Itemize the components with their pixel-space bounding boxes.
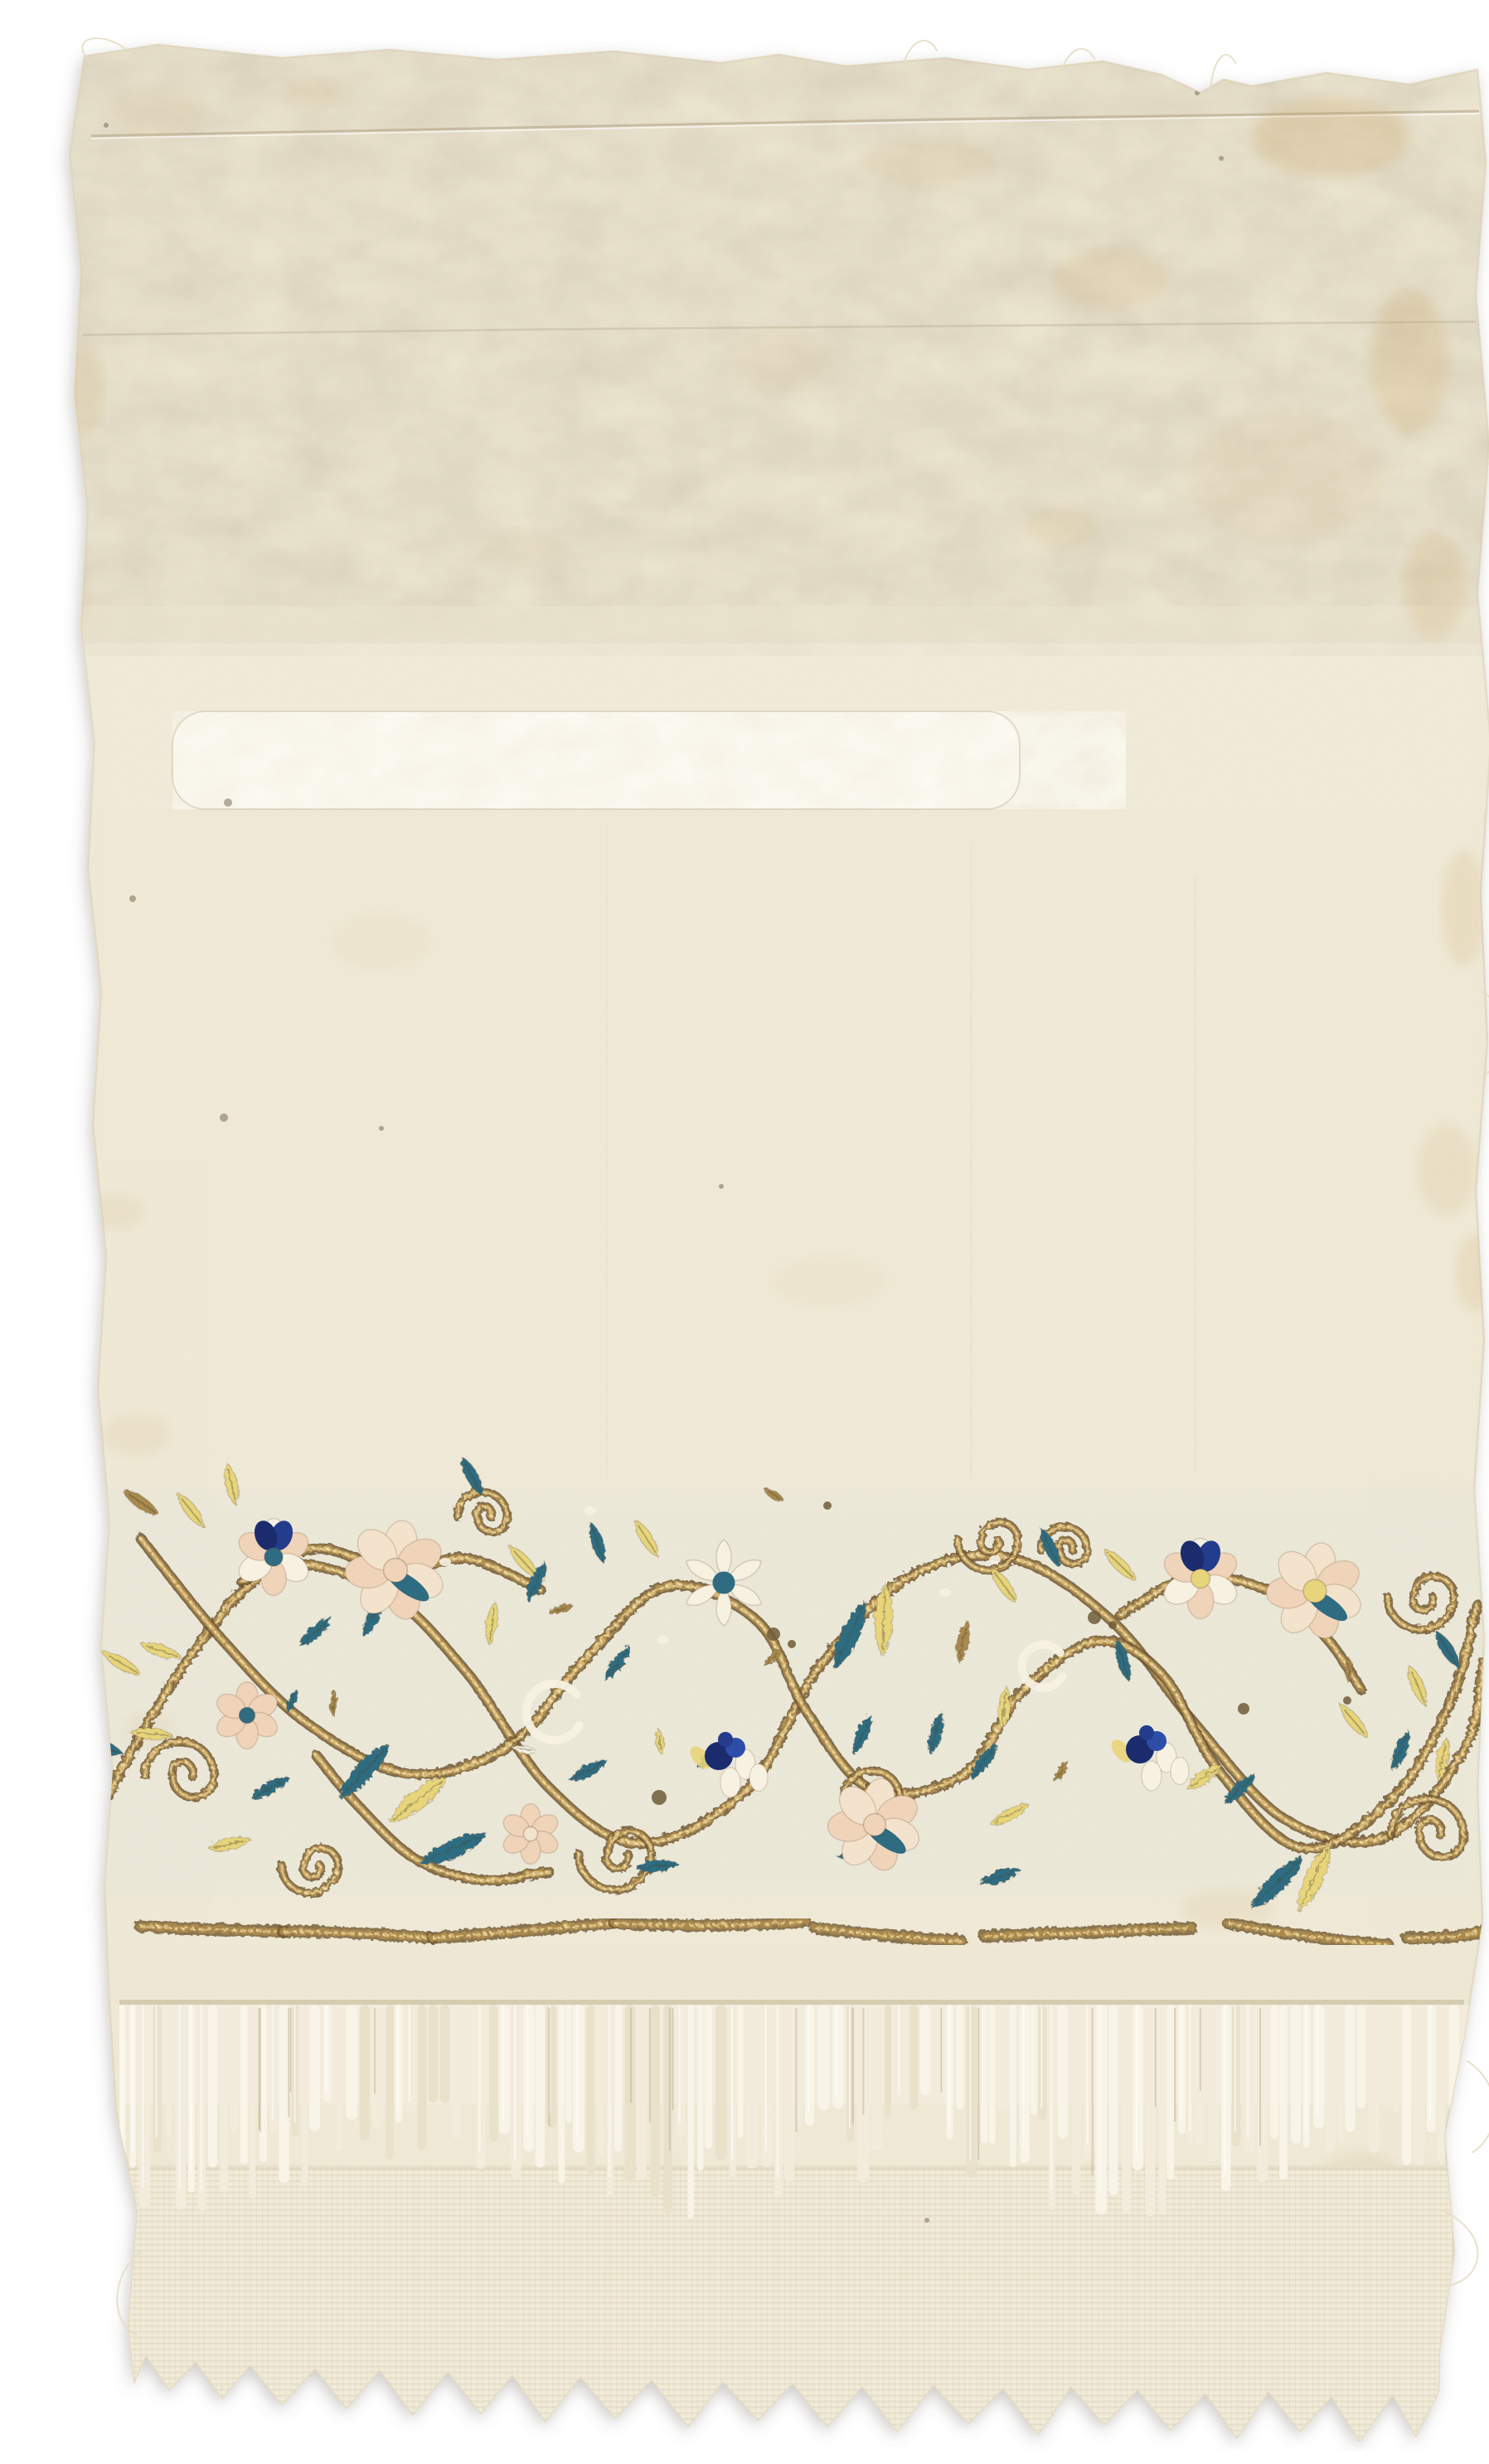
fringe-strand-highlight (849, 2005, 851, 2128)
fringe-strand-highlight (576, 2005, 578, 2138)
fringe-strand-highlight (479, 2005, 481, 2153)
speck (224, 798, 232, 807)
speck (1219, 156, 1224, 161)
fringe-strand-highlight (1247, 2005, 1249, 2138)
fringe-strand (738, 2005, 744, 2138)
speck (104, 123, 109, 128)
fringe-strand (1122, 2005, 1131, 2213)
fringe-strand-highlight (179, 2005, 181, 2189)
speck (719, 1184, 724, 1189)
fringe-strand (688, 2005, 694, 2219)
stain (332, 913, 431, 971)
fringe-strand (489, 2005, 497, 2141)
fringe-strand-highlight (132, 2005, 133, 2151)
fringe-strand-highlight (526, 2005, 528, 2137)
fringe-strand-highlight (201, 2005, 202, 2190)
flower-center (712, 1571, 735, 1593)
fringe-strand (1095, 2005, 1107, 2214)
fringe-strand (1414, 2005, 1424, 2166)
stain (479, 530, 565, 566)
fringe-strand (1326, 2005, 1336, 2152)
pompon-white-petal (1142, 1761, 1162, 1791)
fringe-strand (250, 2005, 256, 2199)
fringe-strand (302, 2005, 308, 2186)
fringe-strand (1291, 2005, 1301, 2144)
fold-streak (1194, 875, 1196, 1472)
fringe-strand (998, 2005, 1008, 2112)
fringe-strand-highlight (1087, 2005, 1089, 2145)
fringe-strand (536, 2005, 545, 2167)
fold-streak (970, 842, 972, 1481)
fringe-strand (1145, 2005, 1155, 2216)
fringe-strand (1257, 2005, 1268, 2182)
fringe-strand (832, 2005, 843, 2108)
flower-center (239, 1707, 255, 1723)
flower-center (264, 1548, 283, 1566)
stain (1371, 289, 1448, 434)
pile-band-texture (172, 711, 1126, 809)
flower-center (523, 1826, 537, 1841)
fringe-strand (417, 2005, 426, 2150)
fabric-surface (33, 13, 1489, 2451)
flower-center (384, 1559, 408, 1583)
white-dab (584, 1506, 596, 1515)
speck (924, 2218, 929, 2223)
fringe-strand (499, 2005, 510, 2134)
fringe-strand-highlight (1023, 2005, 1025, 2147)
fringe-strand-highlight (1234, 2005, 1236, 2132)
fringe-strand (956, 2005, 963, 2109)
fringe-strand-highlight (1136, 2005, 1137, 2154)
fringe-strand-highlight (409, 2005, 410, 2102)
stain (108, 88, 207, 138)
fringe-strand (1383, 2005, 1390, 2106)
flower-center (864, 1814, 886, 1836)
fringe-strand (1345, 2005, 1355, 2132)
fringe-strand (1357, 2005, 1365, 2108)
fringe-strand (463, 2005, 475, 2103)
fringe-strand-highlight (1224, 2005, 1225, 2173)
fringe-strand (920, 2005, 930, 2095)
stain (1442, 851, 1485, 967)
fringe-strand (1133, 2005, 1143, 2171)
brown-dot (1343, 1696, 1351, 1705)
fringe-strand (139, 2005, 150, 2207)
fringe-strand (784, 2005, 794, 2181)
fringe-strand (1427, 2005, 1436, 2132)
fringe-strand (1108, 2005, 1118, 2195)
stain (862, 138, 995, 187)
fringe-strand (1020, 2005, 1030, 2163)
fringe-strand-highlight (190, 2005, 192, 2174)
fringe-strand (1270, 2005, 1278, 2139)
fringe-strand (989, 2005, 996, 2144)
fringe-strand (1437, 2005, 1445, 2161)
fringe-strand (1369, 2005, 1380, 2153)
fringe-strand-highlight (143, 2005, 144, 2187)
fringe-strand (512, 2005, 521, 2178)
fringe-strand-highlight (397, 2005, 399, 2110)
stain (1404, 532, 1464, 638)
stain (1186, 411, 1385, 544)
fringe-strand-highlight (1099, 2005, 1100, 2194)
stain (1026, 506, 1096, 549)
fringe-strand (981, 2005, 987, 2143)
fringe-strand-highlight (1305, 2005, 1307, 2134)
fringe-strand (715, 2005, 726, 2161)
flower-center (1303, 1579, 1327, 1603)
stain (730, 328, 829, 395)
speck (129, 895, 136, 902)
pompon-white-petal (1171, 1758, 1189, 1785)
stain (102, 1414, 172, 1457)
speck (379, 1126, 384, 1131)
pompon-white-petal (720, 1768, 740, 1797)
brown-dot (788, 1640, 796, 1648)
fringe-strand (885, 2005, 891, 2117)
fringe-strand (1057, 2005, 1068, 2139)
fringe-strand (1072, 2005, 1080, 2195)
textile-photograph (33, 13, 1489, 2451)
fringe-strand (966, 2005, 977, 2178)
fringe-strand-highlight (1050, 2005, 1052, 2190)
fringe-strand (1010, 2005, 1016, 2167)
fringe-strand (220, 2005, 227, 2193)
fringe-strand-highlight (502, 2005, 504, 2122)
stain (1053, 249, 1169, 308)
fringe-strand (573, 2005, 584, 2152)
brown-dot (652, 1790, 667, 1805)
fringe-strand (208, 2005, 217, 2167)
fringe-strand-highlight (1429, 2005, 1431, 2120)
fringe-strand (1159, 2005, 1166, 2214)
fringe-strand (774, 2005, 783, 2198)
pompon-navy-small (1139, 1725, 1154, 1740)
fringe-strand-highlight (808, 2005, 809, 2113)
speck (220, 1113, 228, 1122)
fringe-strand (614, 2005, 622, 2151)
fringe-strand (650, 2005, 659, 2197)
fringe-strand (240, 2005, 248, 2164)
fringe-strand (762, 2005, 774, 2167)
brown-dot (823, 1501, 832, 1510)
fringe-strand-highlight (679, 2005, 681, 2123)
fringe-strand-highlight (514, 2005, 516, 2161)
fringe-strand (309, 2005, 320, 2131)
fringe-strand-highlight (609, 2005, 610, 2178)
fabric-render (33, 13, 1489, 2451)
fringe-strand (1031, 2005, 1037, 2115)
stain (282, 77, 348, 107)
fringe-strand (1402, 2005, 1411, 2165)
fringe-strand (871, 2005, 882, 2151)
fringe-strand-highlight (969, 2005, 971, 2161)
fringe-strand (1244, 2005, 1254, 2153)
white-dab (989, 1555, 1001, 1564)
fringe-strand-highlight (1040, 2005, 1042, 2108)
fringe-strand (746, 2005, 758, 2169)
fringe-strand-highlight (836, 2005, 837, 2098)
fringe-strand (663, 2005, 672, 2214)
fringe-strand (523, 2005, 534, 2151)
fringe-strand-highlight (272, 2005, 274, 2120)
fold-streak (605, 826, 608, 1481)
stain (771, 1257, 887, 1307)
fringe-strand-highlight (1317, 2005, 1318, 2116)
fringe-strand (440, 2005, 450, 2103)
white-dab (657, 1636, 669, 1644)
brown-dot (1088, 1611, 1101, 1624)
pompon-navy-small (718, 1732, 733, 1747)
fringe-strand (895, 2005, 905, 2104)
fringe-strand (805, 2005, 814, 2126)
fringe-strand (476, 2005, 485, 2169)
leaf-vein (332, 1695, 332, 1710)
fringe-strand (1038, 2005, 1046, 2120)
fringe-strand-highlight (156, 2005, 158, 2138)
fringe-strand (336, 2005, 343, 2151)
fringe-strand (934, 2005, 944, 2104)
fringe-strand-highlight (948, 2005, 950, 2127)
leaf-vein (1347, 1662, 1348, 1677)
fringe-strand (909, 2005, 919, 2109)
fringe-strand (360, 2005, 371, 2141)
fringe-strand-highlight (777, 2005, 778, 2179)
fringe-strand (676, 2005, 685, 2137)
white-dab (939, 1589, 951, 1597)
fringe-strand (1279, 2005, 1288, 2180)
fringe-strand (1221, 2005, 1231, 2191)
white-dab (439, 1558, 451, 1566)
brown-dot (1108, 1621, 1117, 1629)
stain (1252, 98, 1409, 177)
fringe-strand (346, 2005, 357, 2120)
fringe-strand (386, 2005, 394, 2160)
flower-center (1191, 1569, 1210, 1588)
fringe-strand (637, 2005, 647, 2180)
fringe-strand (598, 2005, 604, 2155)
fringe-strand-highlight (731, 2005, 733, 2160)
fringe-strand (586, 2005, 594, 2174)
fringe-strand (1208, 2005, 1218, 2161)
pompon-white-petal (749, 1764, 768, 1792)
stain (1417, 1123, 1477, 1216)
fringe-strand (176, 2005, 187, 2209)
fringe-strand (559, 2005, 565, 2184)
fringe-strand (1393, 2005, 1399, 2112)
fringe-strand-highlight (1181, 2005, 1182, 2122)
fringe-strand (705, 2005, 712, 2149)
fringe-strand (429, 2005, 439, 2103)
fringe-strand (818, 2005, 830, 2110)
fringe-strand (697, 2005, 703, 2171)
fringe-strand (165, 2005, 172, 2137)
fringe-strand (565, 2005, 571, 2122)
fringe-strand (230, 2005, 238, 2133)
fringe-strand-highlight (1189, 2005, 1191, 2131)
fringe-strand (1338, 2005, 1344, 2141)
fringe-strand (1313, 2005, 1324, 2128)
fringe-strand-highlight (765, 2005, 767, 2151)
fringe-strand (546, 2005, 557, 2127)
fringe-strand-highlight (293, 2005, 295, 2123)
fringe-strand (797, 2005, 803, 2127)
fringe-strand (279, 2005, 289, 2183)
fringe-strand (1166, 2005, 1174, 2180)
brown-dot (767, 1627, 780, 1641)
fringe-strand-highlight (898, 2005, 900, 2094)
fringe-strand (153, 2005, 162, 2152)
fringe-strand-highlight (326, 2005, 327, 2092)
brown-dot (1238, 1703, 1249, 1715)
fringe-strand (452, 2005, 461, 2138)
fringe-strand (405, 2005, 416, 2112)
